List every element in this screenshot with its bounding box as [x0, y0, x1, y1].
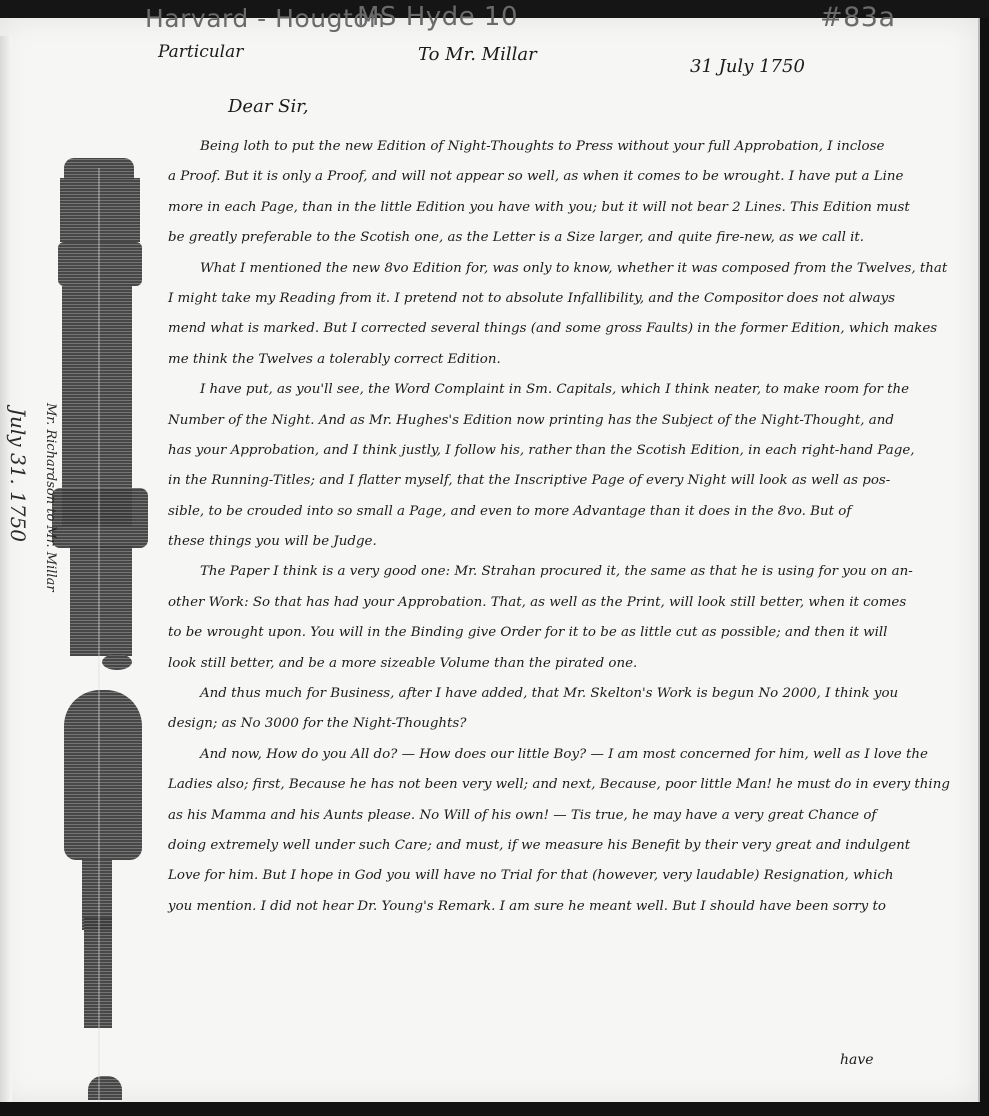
letter-line: has your Approbation, and I think justly… — [168, 436, 968, 466]
letter-body: Being loth to put the new Edition of Nig… — [168, 132, 968, 922]
repair-patch-upper-body — [60, 178, 140, 242]
repair-patch-foot — [88, 1076, 122, 1100]
letter-line: I have put, as you'll see, the Word Comp… — [168, 375, 968, 405]
letter-line: And thus much for Business, after I have… — [168, 679, 968, 709]
letter-line: more in each Page, than in the little Ed… — [168, 193, 968, 223]
letter-date: 31 July 1750 — [690, 56, 805, 77]
archive-item-number: #83a — [820, 2, 896, 33]
archive-shelfmark: MS Hyde 10 — [357, 2, 518, 32]
letter-line: to be wrought upon. You will in the Bind… — [168, 618, 968, 648]
letter-line: in the Running-Titles; and I flatter mys… — [168, 466, 968, 496]
letter-line: you mention. I did not hear Dr. Young's … — [168, 892, 968, 922]
page-left-edge-shadow — [0, 36, 12, 1103]
letter-line: Love for him. But I hope in God you will… — [168, 861, 968, 891]
letter-line: Ladies also; first, Because he has not b… — [168, 770, 968, 800]
repair-patch-knot — [102, 654, 132, 670]
repair-patch-bulge — [52, 488, 148, 548]
letter-line: a Proof. But it is only a Proof, and wil… — [168, 162, 968, 192]
letter-line: be greatly preferable to the Scotish one… — [168, 223, 968, 253]
letter-note: Particular — [158, 42, 243, 62]
letter-catchword: have — [840, 1052, 874, 1068]
letter-line: What I mentioned the new 8vo Edition for… — [168, 254, 968, 284]
letter-line: And now, How do you All do? — How does o… — [168, 740, 968, 770]
letter-line: Being loth to put the new Edition of Nig… — [168, 132, 968, 162]
letter-salutation: Dear Sir, — [228, 96, 309, 117]
docket-recipient-note: Mr. Richardson to Mr. Millar — [43, 403, 58, 592]
archive-location-note: Harvard - Hougton — [145, 4, 385, 33]
letter-line: I might take my Reading from it. I prete… — [168, 284, 968, 314]
letter-line: these things you will be Judge. — [168, 527, 968, 557]
letter-line: as his Mamma and his Aunts please. No Wi… — [168, 801, 968, 831]
scan-bottom-border — [0, 1102, 989, 1116]
repair-patch-shoulder — [58, 242, 142, 286]
letter-line: mend what is marked. But I corrected sev… — [168, 314, 968, 344]
letter-line: other Work: So that has had your Approba… — [168, 588, 968, 618]
repair-patch-lower — [64, 690, 142, 860]
letter-line: me think the Twelves a tolerably correct… — [168, 345, 968, 375]
letter-line: design; as No 3000 for the Night-Thought… — [168, 709, 968, 739]
repair-patch-lower-neck — [70, 546, 132, 656]
letter-line: look still better, and be a more sizeabl… — [168, 649, 968, 679]
docket-date: July 31. 1750 — [6, 408, 30, 542]
letter-line: The Paper I think is a very good one: Mr… — [168, 557, 968, 587]
repair-seam — [98, 168, 100, 1103]
letter-addressee: To Mr. Millar — [418, 44, 537, 65]
letter-line: Number of the Night. And as Mr. Hughes's… — [168, 406, 968, 436]
letter-line: doing extremely well under such Care; an… — [168, 831, 968, 861]
letter-line: sible, to be crouded into so small a Pag… — [168, 497, 968, 527]
